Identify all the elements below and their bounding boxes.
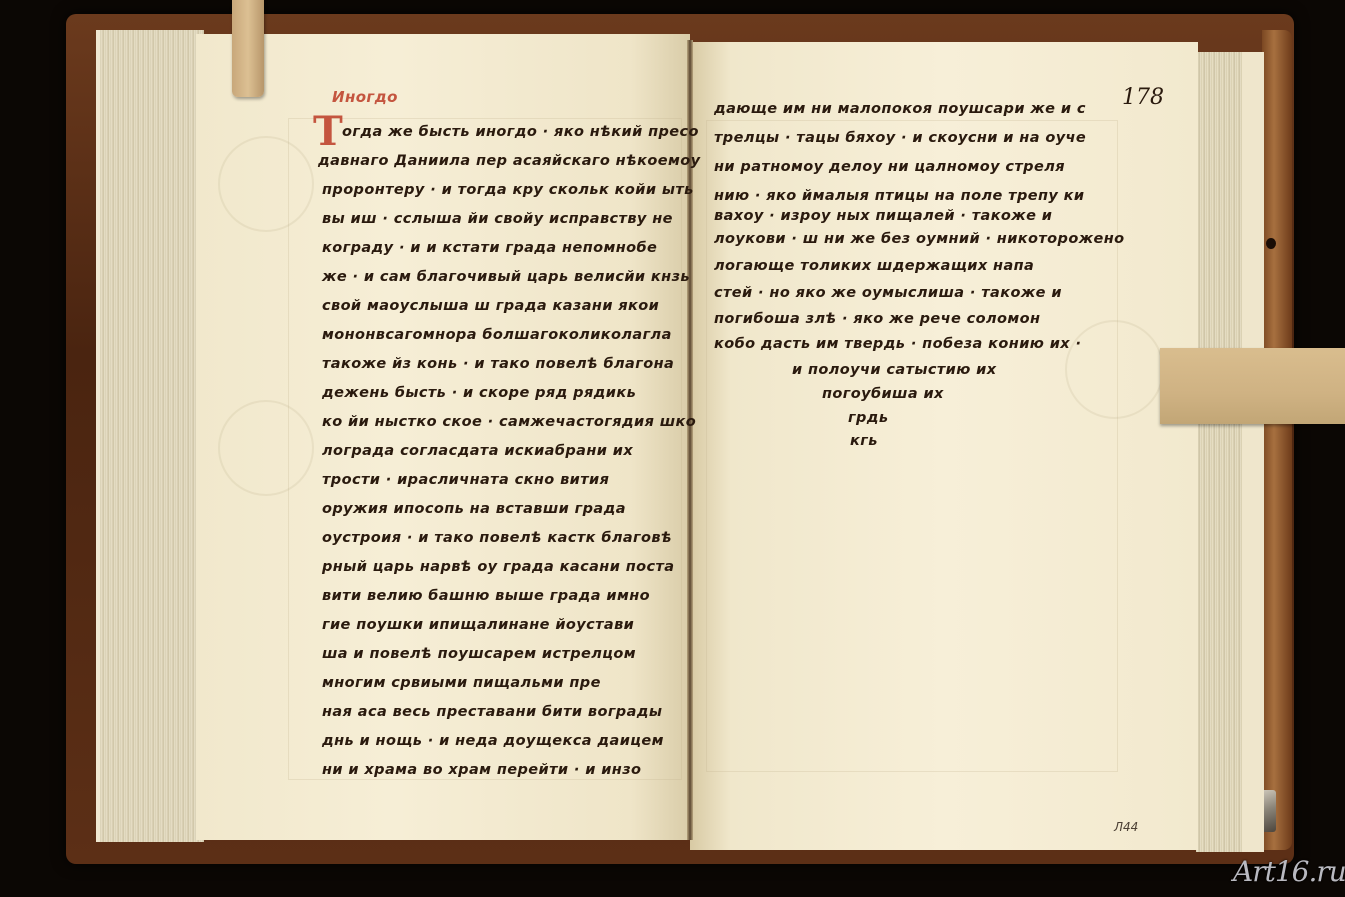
manuscript-line: дежень бысть · и скоре ряд рядикь: [322, 385, 636, 401]
wooden-bookmark-right: [1160, 348, 1345, 424]
manuscript-line: ша и повелѣ поушсарем истрелцом: [322, 646, 636, 662]
manuscript-line: такоже йз конь · и тако повелѣ благона: [322, 356, 674, 372]
manuscript-line: оружия ипосопь на вставши града: [322, 501, 626, 517]
folio-number: 178: [1122, 85, 1164, 110]
manuscript-line: же · и сам благочивый царь велисйи кнзь: [322, 269, 690, 285]
manuscript-line: логающе толиких шдержащих напа: [714, 258, 1034, 274]
wooden-bookmark-top: [232, 0, 264, 97]
manuscript-closing-line: кгь: [850, 433, 878, 449]
manuscript-line: днь и нощь · и неда доущекса даицем: [322, 733, 664, 749]
manuscript-line: давнаго Даниила пер асаяйскаго нѣкоемоу: [318, 153, 700, 169]
manuscript-line: лограда согласдата искиабрани их: [322, 443, 633, 459]
drop-cap-initial: Т: [313, 112, 343, 152]
manuscript-line: погибоша злѣ · яко же рече соломон: [714, 311, 1040, 327]
faded-library-stamp-icon: [1065, 320, 1164, 419]
manuscript-line: оустроия · и тако повелѣ кастк благовѣ: [322, 530, 672, 546]
manuscript-closing-line: и полоучи сатыстию их: [792, 362, 997, 378]
manuscript-line: кобо дасть им твердь · побеза конию их ·: [714, 336, 1081, 352]
manuscript-line: стей · но яко же оумыслиша · такоже и: [714, 285, 1062, 301]
manuscript-line: лоукови · ш ни же без оумний · никоторож…: [714, 231, 1125, 247]
manuscript-line: ни ратномоу делоу ни цалномоу стреля: [714, 159, 1065, 175]
site-watermark: Art16.ru: [1233, 855, 1345, 888]
manuscript-line: огда же бысть иногдо · яко нѣкий пресо: [342, 124, 699, 140]
manuscript-line: вити велию башню выше града имно: [322, 588, 650, 604]
right-flyleaf-strip: [1242, 52, 1264, 852]
manuscript-line: проронтеру · и тогда кру скольк койи ыть: [322, 182, 694, 198]
right-page-block-edge: [1196, 52, 1242, 852]
manuscript-line: ни и храма во храм перейти · и инзо: [322, 762, 641, 778]
chapter-heading: Иногдо: [332, 88, 398, 106]
binding-right-edge: [1262, 30, 1292, 850]
manuscript-line: мононвсагомнора болшагоколиколагла: [322, 327, 672, 343]
manuscript-line: дающе им ни малопокоя поушсари же и с: [714, 101, 1086, 117]
faded-library-stamp-icon: [218, 136, 314, 232]
manuscript-line: ная аса весь преставани бити вограды: [322, 704, 662, 720]
manuscript-line: кограду · и и кстати града непомнобе: [322, 240, 657, 256]
manuscript-closing-line: грдь: [848, 410, 888, 426]
manuscript-line: вы иш · сслыша йи свойу исправству не: [322, 211, 673, 227]
manuscript-line: нию · яко ймалыя птицы на поле трепу ки: [714, 188, 1085, 204]
manuscript-closing-line: погоубиша их: [822, 386, 944, 402]
manuscript-line: свой маоуслыша ш града казани якои: [322, 298, 659, 314]
manuscript-line: рный царь нарвѣ оу града касани поста: [322, 559, 674, 575]
manuscript-line: гие поушки ипищалинане йоустави: [322, 617, 634, 633]
manuscript-line: трости · ирасличната скно вития: [322, 472, 609, 488]
manuscript-line: вахоу · изроу ных пищалей · такоже и: [714, 208, 1052, 224]
ink-blot: [1266, 238, 1276, 249]
pencil-shelfmark: Л44: [1114, 820, 1138, 834]
manuscript-line: трелцы · тацы бяхоу · и скоусни и на оуч…: [714, 130, 1086, 146]
faded-library-stamp-icon: [218, 400, 314, 496]
manuscript-line: многим срвиыми пищальми пре: [322, 675, 601, 691]
manuscript-line: ко йи ныстко ское · самжечастогядия шко: [322, 414, 696, 430]
left-page-block-edge: [96, 30, 204, 842]
